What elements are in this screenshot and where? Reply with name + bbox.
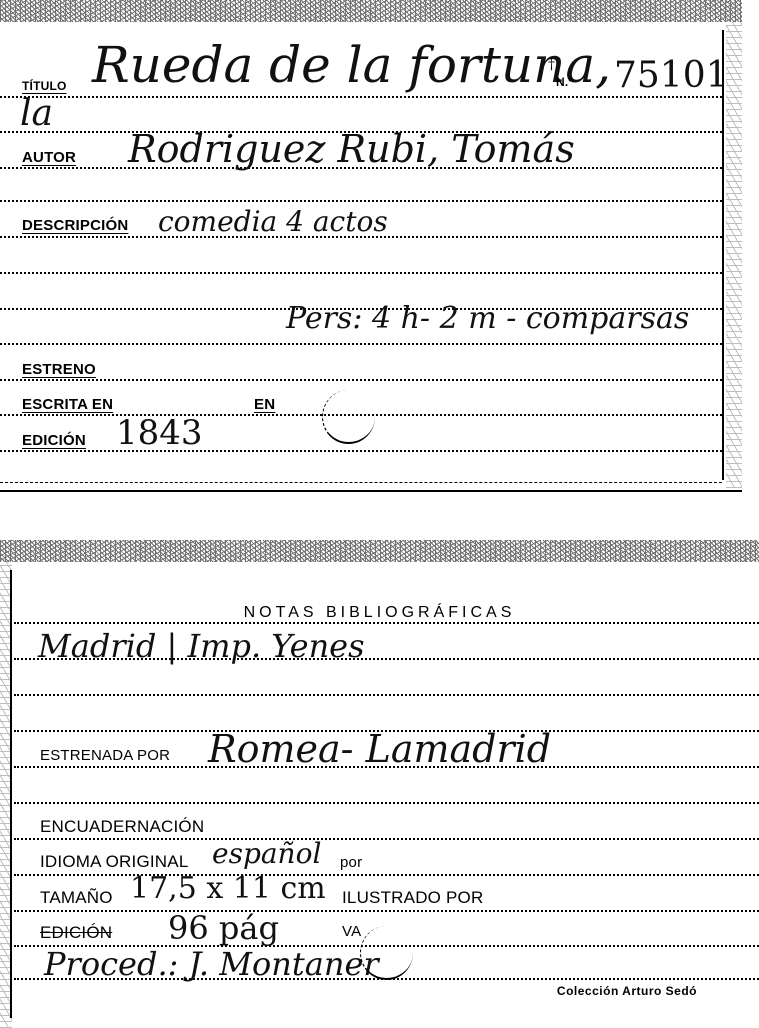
estreno-label: ESTRENO <box>22 362 96 377</box>
card-border <box>10 570 13 1018</box>
titulo-value: Rueda de la fortuna, <box>92 40 611 90</box>
rule-line <box>14 658 759 660</box>
rule-line <box>0 379 722 381</box>
collection-footer: Colección Arturo Sedó <box>557 984 697 998</box>
autor-label: AUTOR <box>22 150 76 165</box>
rule-line <box>14 802 759 804</box>
titulo-label: TÍTULO <box>22 80 67 92</box>
rule-line <box>14 838 759 840</box>
por-label: por <box>340 855 362 870</box>
rule-line <box>14 766 759 768</box>
punch-hole-mark <box>322 390 375 444</box>
rule-line <box>0 450 722 452</box>
number-mark: † <box>548 58 555 72</box>
card-number: 75101 <box>614 58 729 94</box>
tamano-label: TAMAÑO <box>40 889 113 906</box>
rule-line <box>0 343 722 345</box>
catalog-card-back: NOTAS BIBLIOGRÁFICAS Madrid | Imp. Yenes… <box>0 540 759 1028</box>
card-bottom-edge <box>0 482 722 483</box>
rule-line <box>14 978 759 980</box>
rule-line <box>0 200 722 202</box>
edicion-value: 1843 <box>116 416 203 450</box>
idioma-original-value: español <box>212 840 321 868</box>
punch-hole-mark <box>360 926 413 980</box>
edicion-label-struck: EDICIÓN <box>40 924 112 941</box>
idioma-original-label: IDIOMA ORIGINAL <box>40 853 188 870</box>
en-label: EN <box>254 397 275 412</box>
procedencia-value: Proced.: J. Montaner <box>44 948 379 980</box>
titulo-value-line2: la <box>20 96 53 132</box>
escrita-en-label: ESCRITA EN <box>22 397 113 412</box>
rule-line <box>14 694 759 696</box>
ilustrado-por-label: ILUSTRADO POR <box>342 889 483 906</box>
tamano-value: 17,5 x 11 cm <box>130 874 326 904</box>
estrenada-por-value: Romea- Lamadrid <box>208 730 551 768</box>
edicion-pages-value: 96 pág <box>168 912 279 944</box>
descripcion-note: Pers: 4 h- 2 m - comparsas <box>286 304 689 334</box>
rule-line <box>14 622 759 624</box>
scan-noise-band <box>0 0 742 22</box>
va-label: VA <box>342 924 361 939</box>
separator-line <box>0 490 742 492</box>
descripcion-value: comedia 4 actos <box>158 208 388 236</box>
autor-value: Rodriguez Rubi, Tomás <box>128 130 575 168</box>
catalog-card-front: TÍTULO Rueda de la fortuna, † N.º 75101 … <box>0 0 742 488</box>
number-label: N.º <box>556 76 573 88</box>
estrenada-por-label: ESTRENADA POR <box>40 748 170 763</box>
rule-line <box>14 910 759 912</box>
descripcion-label: DESCRIPCIÓN <box>22 218 128 233</box>
rule-line <box>14 874 759 876</box>
rule-line <box>0 272 722 274</box>
notas-heading: NOTAS BIBLIOGRÁFICAS <box>0 604 759 622</box>
scan-noise-band <box>0 540 759 562</box>
encuadernacion-label: ENCUADERNACIÓN <box>40 818 204 835</box>
edicion-label: EDICIÓN <box>22 433 86 448</box>
rule-line <box>0 96 722 98</box>
